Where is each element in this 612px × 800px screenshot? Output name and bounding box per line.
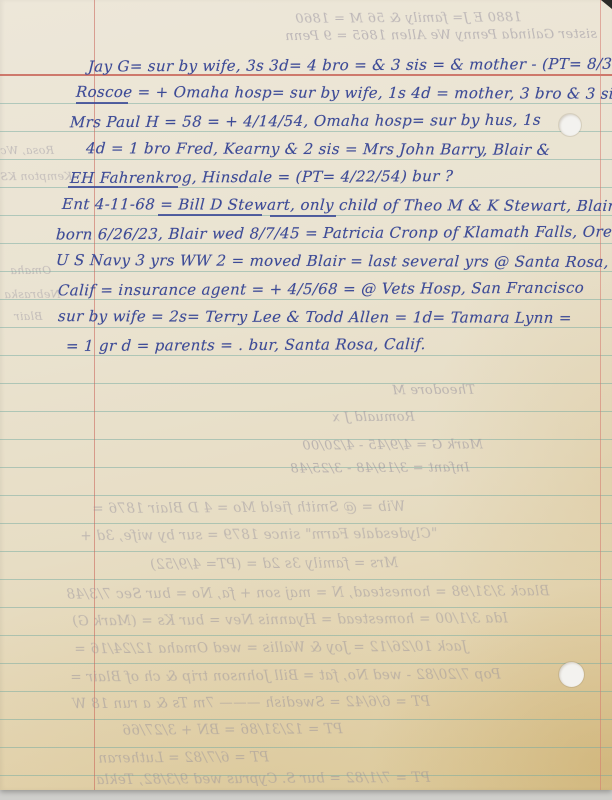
- handwritten-line: Roscoe = + Omaha hosp= sur by wife, 1s 4…: [76, 82, 612, 104]
- underline-fahrenkrog: [68, 186, 178, 188]
- bleedthrough-line: "Clydesdale Farm" since 1879 = sur by wi…: [80, 526, 437, 545]
- bleedthrough-line: PT = 6/7/82 = Lutheran: [98, 749, 269, 767]
- bleedthrough-line: Ida 3/1/00 = homestead = Hyannis Nev = b…: [72, 610, 508, 630]
- hole-punch-top: [559, 114, 581, 136]
- bleedthrough-line: Rosa, Wc: [0, 142, 54, 159]
- bleedthrough-line: 1880 E J= family & 56 M = 1860: [295, 9, 522, 28]
- background-below-page: [0, 790, 612, 800]
- bleedthrough-line: Pop 7/20/82 - wed No, fat = Bill Johnson…: [70, 666, 501, 686]
- handwritten-line: = 1 gr d = parents = . bur, Santa Rosa, …: [65, 334, 426, 356]
- bleedthrough-line: Theodore M: [392, 382, 475, 400]
- underline-roscoe: [76, 102, 128, 104]
- bleedthrough-line: Wib = @ Smith field Mo = 4 D Blair 1876 …: [92, 499, 405, 518]
- bleedthrough-line: Kempton KS: [0, 168, 72, 186]
- underline-bill-d-stewart: [158, 214, 262, 216]
- handwritten-line: born 6/26/23, Blair wed 8/7/45 = Patrici…: [55, 222, 612, 245]
- bleedthrough-line: Black 3/31/98 = homestead, N = maj son +…: [66, 583, 550, 603]
- bleedthrough-line: Mark G = 4/9/45 - 4/20/00: [302, 436, 483, 454]
- handwritten-line: 4d = 1 bro Fred, Kearny & 2 sis = Mrs Jo…: [85, 138, 550, 160]
- bleedthrough-line: Infant = 3/19/48 - 3/25/48: [290, 459, 470, 477]
- right-margin-line: [600, 0, 601, 790]
- bleedthrough-line: sister Galinda Penny We Allen 1865 = 9 P…: [285, 26, 597, 45]
- handwritten-line: sur by wife = 2s= Terry Lee & Todd Allen…: [57, 306, 572, 328]
- handwritten-line: Ent 4-11-68 = Bill D Stewart, only child…: [61, 194, 612, 216]
- bleedthrough-line: Omaha: [10, 262, 51, 279]
- handwritten-line: U S Navy 3 yrs WW 2 = moved Blair = last…: [55, 250, 609, 272]
- handwritten-line: Calif = insurance agent = + 4/5/68 = @ V…: [57, 278, 584, 301]
- paper-page: 1880 E J= family & 56 M = 1860 sister Ga…: [0, 0, 612, 790]
- handwritten-line: Mrs Paul H = 58 = + 4/14/54, Omaha hosp=…: [69, 110, 541, 132]
- handwritten-line: EH Fahrenkrog, Hinsdale = (PT= 4/22/54) …: [69, 166, 453, 188]
- photo-of-notebook-page: { "page": { "description": "Handwritten …: [0, 0, 612, 800]
- bleedthrough-line: Nebraska: [4, 286, 60, 303]
- bleedthrough-line: PT = 7/1/82 = bur S. Cyprus wed 9/3/82, …: [96, 770, 430, 789]
- bleedthrough-line: Jack 10/26/12 = Joy & Wallis = wed Omaha…: [74, 639, 467, 659]
- underline-only-child: [270, 215, 336, 217]
- handwritten-line: Jay G= sur by wife, 3s 3d= 4 bro = & 3 s…: [87, 54, 612, 77]
- hole-punch-bottom: [559, 662, 584, 687]
- corner-mark: [601, 0, 612, 9]
- bleedthrough-line: Blair: [14, 308, 43, 325]
- bleedthrough-line: PT = 12/31/86 = BN + 3/27/66: [122, 721, 343, 740]
- bleedthrough-line: Romuald J x: [332, 409, 415, 427]
- bleedthrough-line: Mrs = family 3s 2d = (PT= 4/9/52): [150, 555, 398, 574]
- bleedthrough-line: PT = 6/6/42 = Swedish ——— 7m Ts & a run …: [72, 694, 430, 713]
